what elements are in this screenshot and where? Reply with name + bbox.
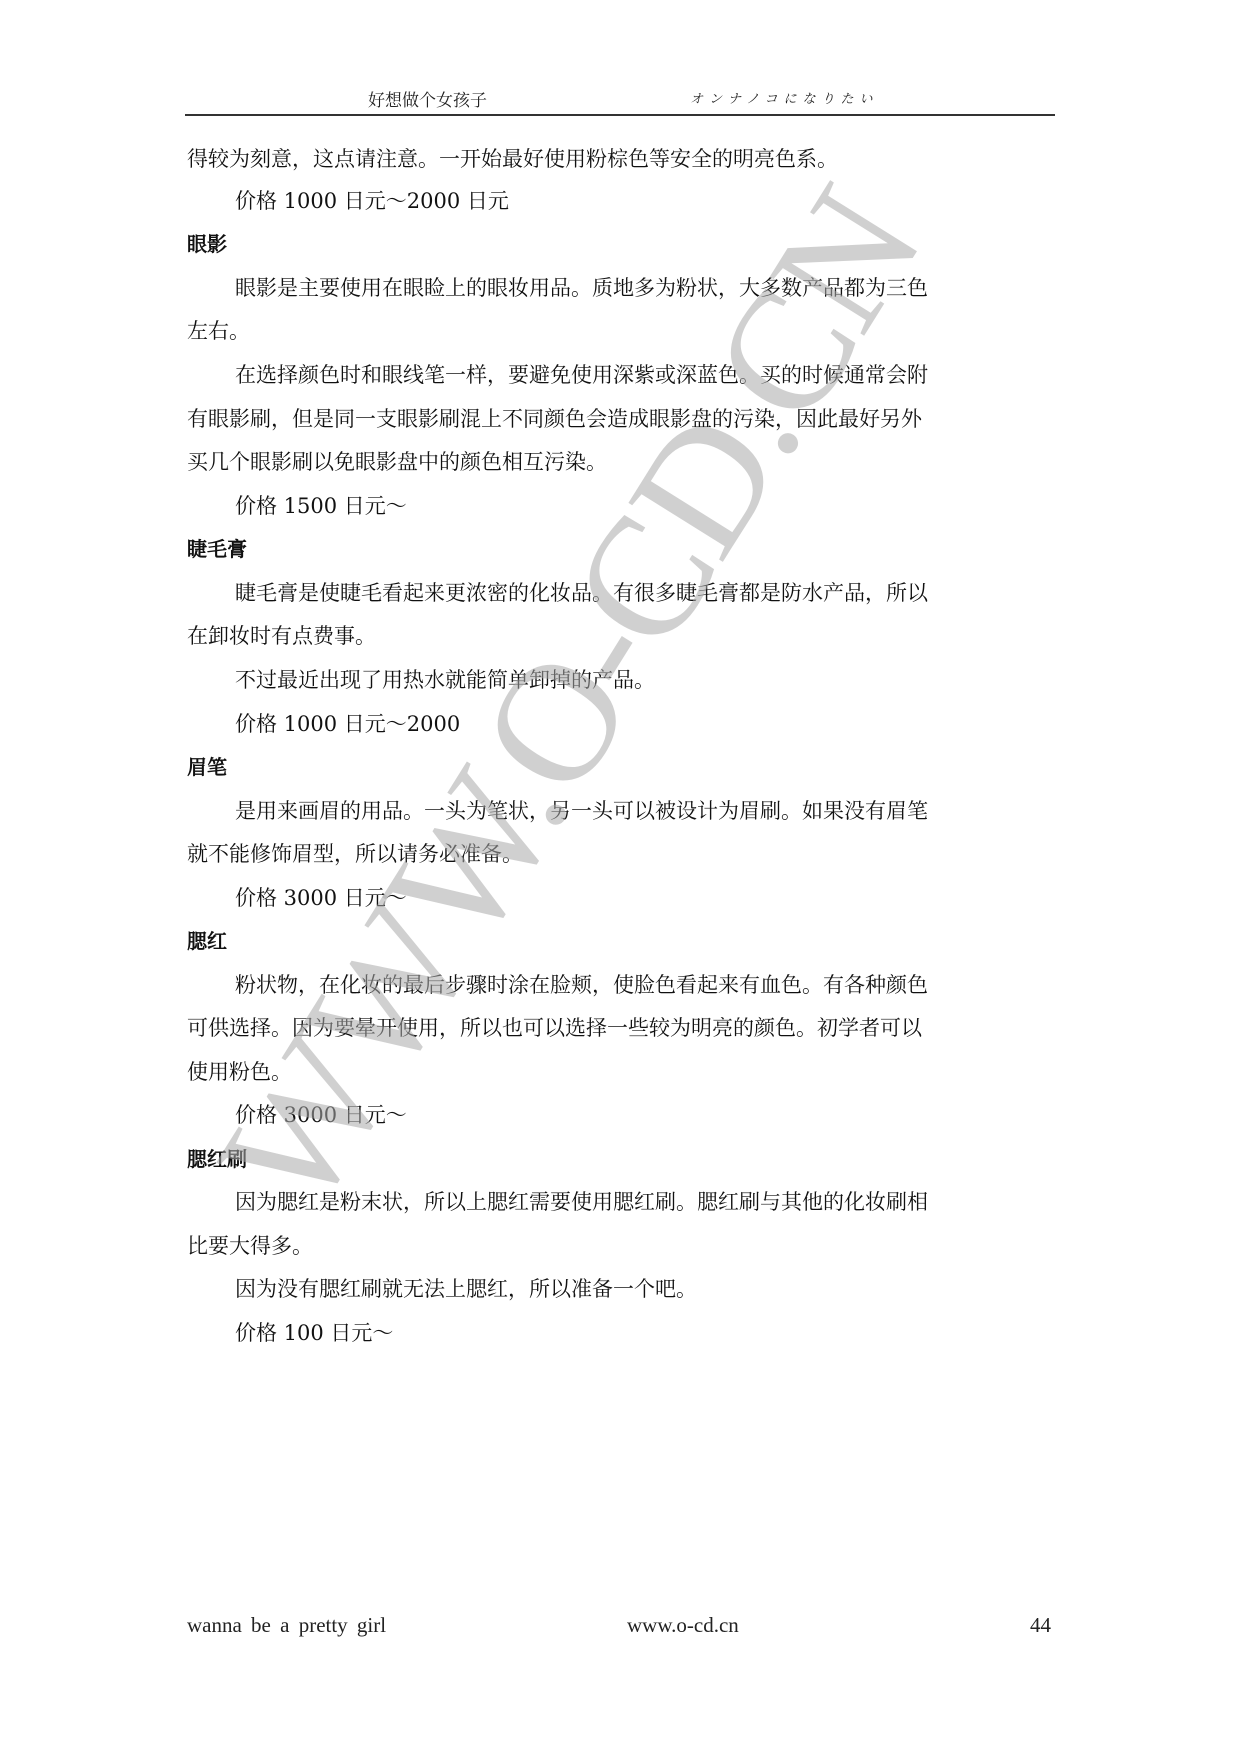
- paragraph-line: 不过最近出现了用热水就能简单卸掉的产品。: [235, 667, 655, 693]
- watermark-text: WWW.O-CD.CN: [180, 158, 959, 1244]
- price-line: 价格 3000 日元～: [235, 1102, 407, 1128]
- paragraph-line: 睫毛膏是使睫毛看起来更浓密的化妆品。有很多睫毛膏都是防水产品，所以: [235, 580, 928, 606]
- price-line: 价格 100 日元～: [235, 1320, 393, 1346]
- paragraph-line: 左右。: [187, 318, 250, 344]
- section-heading-blush-brush: 腮红刷: [187, 1146, 247, 1172]
- paragraph-line: 使用粉色。: [187, 1059, 292, 1085]
- watermark: WWW.O-CD.CN: [0, 0, 1241, 1755]
- section-heading-blush: 腮红: [187, 928, 227, 954]
- paragraph-line: 比要大得多。: [187, 1233, 313, 1259]
- price-line: 价格 3000 日元～: [235, 885, 407, 911]
- paragraph-line: 可供选择。因为要晕开使用，所以也可以选择一些较为明亮的颜色。初学者可以: [187, 1015, 922, 1041]
- paragraph-line: 因为没有腮红刷就无法上腮红，所以准备一个吧。: [235, 1276, 697, 1302]
- paragraph-line: 买几个眼影刷以免眼影盘中的颜色相互污染。: [187, 449, 607, 475]
- paragraph-line: 得较为刻意，这点请注意。一开始最好使用粉棕色等安全的明亮色系。: [187, 146, 838, 172]
- paragraph-line: 粉状物，在化妆的最后步骤时涂在脸颊，使脸色看起来有血色。有各种颜色: [235, 972, 928, 998]
- price-line: 价格 1000 日元～2000: [235, 711, 460, 737]
- header-title-chinese: 好想做个女孩子: [368, 86, 487, 111]
- footer-website: www.o-cd.cn: [627, 1613, 739, 1638]
- page-header: 好想做个女孩子 オンナノコになりたい: [185, 86, 1055, 114]
- paragraph-line: 因为腮红是粉末状，所以上腮红需要使用腮红刷。腮红刷与其他的化妆刷相: [235, 1189, 928, 1215]
- page-number: 44: [1030, 1613, 1051, 1638]
- price-line: 价格 1000 日元～2000 日元: [235, 188, 509, 214]
- section-heading-eyebrow-pencil: 眉笔: [187, 754, 227, 780]
- paragraph-line: 在卸妆时有点费事。: [187, 623, 376, 649]
- section-heading-mascara: 睫毛膏: [187, 536, 247, 562]
- paragraph-line: 在选择颜色时和眼线笔一样，要避免使用深紫或深蓝色。买的时候通常会附: [235, 362, 928, 388]
- paragraph-line: 眼影是主要使用在眼睑上的眼妆用品。质地多为粉状，大多数产品都为三色: [235, 275, 928, 301]
- paragraph-line: 就不能修饰眉型，所以请务必准备。: [187, 841, 523, 867]
- paragraph-line: 有眼影刷，但是同一支眼影刷混上不同颜色会造成眼影盘的污染，因此最好另外: [187, 406, 922, 432]
- header-title-japanese: オンナノコになりたい: [690, 88, 878, 107]
- paragraph-line: 是用来画眉的用品。一头为笔状，另一头可以被设计为眉刷。如果没有眉笔: [235, 798, 928, 824]
- section-heading-eyeshadow: 眼影: [187, 231, 227, 257]
- header-divider: [185, 114, 1055, 116]
- document-page: 好想做个女孩子 オンナノコになりたい 得较为刻意，这点请注意。一开始最好使用粉棕…: [0, 0, 1241, 1755]
- price-line: 价格 1500 日元～: [235, 493, 407, 519]
- footer-slogan: wanna be a pretty girl: [187, 1613, 386, 1638]
